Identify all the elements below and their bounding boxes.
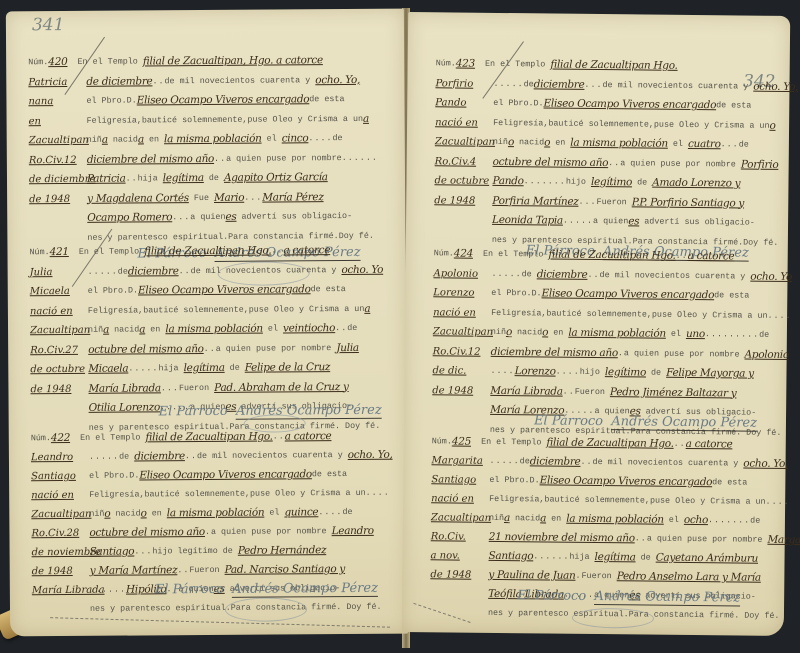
handwritten-text: Eliseo Ocampo Viveros encargado	[139, 465, 312, 485]
handwritten-text: ocho. Yo	[750, 267, 792, 287]
handwritten-text: o	[104, 505, 110, 524]
handwritten-text: Apolonio	[744, 345, 789, 365]
handwritten-text: ocho. Yo,	[743, 455, 788, 474]
handwritten-text: es	[225, 208, 236, 228]
handwritten-text: Pad. Narciso Santiago y	[224, 560, 345, 580]
typed-text: niñ	[493, 133, 508, 153]
margin-note: en	[29, 111, 87, 131]
margin-note: nació en	[433, 303, 491, 323]
handwritten-text: Otilia Lorenzo	[89, 398, 161, 418]
handwritten-text: diciembre del mismo año	[491, 342, 618, 363]
handwritten-text: filial de Zacualtipan, Hgo. a catorce	[143, 51, 323, 72]
typed-text: a quien	[593, 212, 628, 232]
typed-text: Fueron	[596, 192, 626, 212]
handwritten-text: a catorce	[283, 241, 330, 261]
typed-text: de	[119, 448, 129, 467]
entry-number: 422	[51, 429, 70, 448]
handwritten-text: Pedro Anselmo Lara y María	[617, 567, 761, 588]
margin-note: Zacualtipan	[433, 322, 491, 342]
typed-text: en	[149, 130, 159, 150]
handwritten-text: Mario	[214, 188, 244, 208]
handwritten-text: Amado Lorenzo y	[652, 174, 740, 194]
page-edge-line	[50, 617, 390, 627]
typed-text: de	[739, 135, 749, 155]
handwritten-text: a	[138, 130, 144, 150]
handwritten-text: a	[139, 320, 145, 340]
typed-text: el	[669, 511, 679, 530]
handwritten-text: Eliseo Ocampo Viveros encargado	[540, 471, 713, 492]
entry-number: 424	[454, 245, 473, 265]
handwritten-text: veintiocho	[283, 319, 335, 339]
typed-text: de	[750, 512, 760, 531]
margin-note: Zacualtipan	[431, 508, 489, 528]
typed-text: de	[641, 548, 651, 567]
typed-text: hija	[569, 548, 589, 567]
handwritten-text: o	[542, 323, 548, 343]
typed-text: Feligresía,bauticé solemnemente,puse Ole…	[87, 109, 364, 130]
typed-text: de mil novecientos cuarenta y	[592, 453, 738, 474]
margin-note: Pando	[435, 93, 493, 113]
register-entry: Núm.420 En el Templo filial de Zacualtip…	[28, 51, 391, 249]
handwritten-text: o	[508, 133, 514, 153]
margin-note: Ro.Civ.12	[433, 342, 491, 362]
margin-note: Margarita	[431, 451, 489, 471]
num-label: Núm.	[29, 243, 49, 263]
handwritten-text: P.P. Porfirio Santiago y	[632, 193, 745, 214]
handwritten-text: a catorce	[285, 427, 332, 446]
open-register-book: 341 Núm.420 En el Templo filial de Zacua…	[0, 0, 800, 653]
handwritten-text: Pedro Hernández	[238, 541, 326, 561]
typed-text: el Pbro.D.	[88, 281, 138, 301]
handwritten-text: Julia	[336, 338, 359, 358]
handwritten-text: cuatro	[688, 135, 721, 155]
typed-text: en	[152, 504, 162, 523]
typed-text: En el Templo	[485, 55, 546, 75]
handwritten-text: la misma población	[568, 324, 666, 345]
handwritten-text: octubre del mismo año	[89, 523, 205, 543]
margin-note: nació en	[30, 301, 88, 321]
typed-text: de esta	[312, 465, 347, 484]
typed-text: a quien	[190, 208, 225, 228]
margin-note: Julia	[30, 262, 88, 282]
typed-text: advertí sus obligacio-	[644, 213, 755, 234]
typed-text: de	[342, 503, 352, 522]
handwritten-text: a catorce	[686, 435, 733, 454]
handwritten-text: diciembre del mismo año	[87, 149, 214, 169]
typed-text: el Pbro.D.	[489, 471, 539, 491]
handwritten-text: Pedro Jiménez Baltazar y	[610, 383, 737, 404]
margin-note: Zacualtipan	[30, 321, 88, 341]
typed-text: En el Templo	[80, 428, 140, 447]
margin-note: Santiago	[31, 467, 89, 486]
handwritten-text: diciembre	[128, 262, 179, 282]
handwritten-text: legítima	[184, 359, 225, 379]
handwritten-text: o	[506, 323, 512, 343]
handwritten-text: Micaela	[88, 360, 128, 380]
typed-text: el Pbro.D.	[493, 94, 543, 114]
typed-text: Fueron	[575, 382, 605, 402]
margin-note: a nov.	[430, 546, 488, 566]
right-page: 342 Núm.423 En el Templo filial de Zacua…	[402, 12, 790, 636]
margin-note: de 1948	[30, 379, 88, 399]
typed-text: nacid	[115, 504, 140, 523]
typed-text: el Pbro.D.	[491, 284, 541, 304]
handwritten-text: Porfirio	[741, 155, 779, 175]
typed-text: en	[551, 510, 561, 529]
typed-text: nacid	[515, 509, 540, 528]
handwritten-text: legítimo	[591, 173, 632, 193]
typed-text: de mil novecientos cuarenta y	[191, 261, 337, 282]
handwritten-text: cinco	[282, 129, 309, 149]
typed-text: a quien puse por nombre	[216, 339, 332, 359]
typed-text: de	[223, 542, 233, 561]
margin-note: Lorenzo	[433, 283, 491, 303]
typed-text: en	[150, 320, 160, 340]
typed-text: en	[553, 324, 563, 344]
handwritten-text: ocho. Yo,	[753, 77, 798, 97]
typed-text: nacid	[517, 323, 542, 343]
typed-text: Fueron	[581, 567, 611, 586]
handwritten-text: diciembre	[537, 265, 588, 285]
typed-text: En el Templo	[481, 433, 542, 453]
typed-text: en	[555, 134, 565, 154]
handwritten-text: Cayetano Arámburu	[656, 549, 759, 569]
handwritten-text: de diciembre	[86, 72, 152, 92]
margin-note: de diciembre	[29, 170, 87, 190]
margin-note: de 1948	[32, 562, 90, 581]
margin-note: de dic.	[432, 361, 490, 381]
handwritten-text: María Librada	[490, 381, 563, 401]
typed-text: de esta	[712, 473, 747, 492]
typed-text: hija	[158, 359, 178, 379]
entry-number: 425	[452, 432, 471, 451]
handwritten-text: filial de Zacualtipan Hgo.	[548, 245, 675, 266]
entry-number: 423	[456, 55, 475, 75]
signature-flourish	[572, 608, 654, 629]
handwritten-text: Porfiria Martínez	[492, 191, 578, 211]
handwritten-text: diciembre	[534, 75, 585, 95]
typed-text: de mil novecientos cuarenta y	[164, 71, 310, 92]
typed-text: de	[524, 75, 534, 95]
typed-text: a quien puse por nombre	[647, 530, 763, 550]
priest-signature: El Párroco Andrés Ocampo Pérez	[517, 588, 740, 606]
num-label: Núm.	[28, 53, 48, 73]
margin-note: Porfirio	[435, 74, 493, 94]
typed-text: Fueron	[179, 378, 209, 398]
typed-text: En el Templo	[483, 245, 544, 265]
handwritten-text: filial de Zacualtipan Hgo.	[550, 56, 677, 77]
handwritten-text: 21 noviembre del mismo año	[489, 528, 635, 549]
typed-text: de	[651, 364, 661, 384]
typed-text: nacid	[114, 320, 139, 340]
margin-note: Ro.Civ.12	[29, 150, 87, 170]
handwritten-text: Eliseo Ocampo Viveros encargado	[138, 280, 311, 301]
folio-number: 341	[32, 15, 65, 35]
margin-note: Ro.Civ.	[431, 527, 489, 547]
handwritten-text: Eliseo Ocampo Viveros encargado	[543, 94, 716, 115]
typed-text: de mil novecientos cuarenta y	[602, 76, 748, 97]
margin-note: Ro.Civ.28	[31, 524, 89, 543]
handwritten-text: Ocampo Romero	[87, 208, 172, 228]
typed-text: Fueron	[189, 561, 219, 580]
handwritten-text: a	[363, 109, 369, 129]
handwritten-text: y Paulina de Juan	[488, 566, 575, 586]
handwritten-text: o	[769, 116, 775, 136]
typed-text: nacid	[519, 133, 544, 153]
typed-text: de esta	[716, 96, 751, 116]
handwritten-text: ocho. Yo	[341, 260, 383, 280]
typed-text: el	[671, 325, 681, 345]
handwritten-text: a	[540, 509, 546, 528]
signature-title: El Párroco	[159, 404, 228, 419]
handwritten-text: María Pérez	[262, 188, 323, 208]
handwritten-text: y Magdalena Cortés	[87, 189, 189, 209]
typed-text: Feligresía,bauticé solemnemente,puse Ole…	[88, 299, 365, 320]
handwritten-text: Santiago	[90, 543, 135, 562]
handwritten-text: Leonida Tapia	[492, 211, 563, 231]
typed-text: niñ	[87, 131, 102, 151]
typed-text: advertí sus obligacio-	[241, 207, 352, 227]
typed-text: de	[637, 173, 647, 193]
typed-text: de	[759, 326, 769, 346]
handwritten-text: Felipe Mayorga y	[666, 364, 754, 384]
num-label: Núm.	[31, 429, 51, 448]
num-label: Núm.	[434, 244, 454, 264]
margin-note: Ro.Civ.27	[30, 340, 88, 360]
signature-name: Andrés Ocampo Pérez	[611, 414, 757, 432]
margin-note: Patricia	[28, 72, 86, 92]
signature-flourish	[225, 597, 307, 622]
handwritten-text: a	[364, 299, 370, 319]
handwritten-text: la misma población	[566, 510, 664, 530]
margin-note: de octubre	[434, 171, 492, 191]
typed-text: el	[267, 130, 277, 150]
handwritten-text: ocho. Yo,	[348, 446, 393, 465]
margin-note: Zacualtipan	[29, 131, 87, 151]
typed-text: hija	[138, 169, 158, 189]
signature-title: El Párroco	[155, 582, 224, 597]
handwritten-text: Leandro	[332, 522, 374, 541]
priest-signature: El Párroco Andrés Ocampo Pérez	[155, 581, 378, 599]
margin-note: de 1948	[430, 565, 488, 585]
typed-text: el	[269, 503, 279, 522]
handwritten-text: quince	[284, 503, 318, 522]
typed-text: de esta	[311, 280, 346, 300]
handwritten-text: Patricia	[87, 170, 126, 190]
handwritten-text: Lorenzo	[515, 362, 556, 382]
typed-text: de	[118, 262, 128, 282]
handwritten-text: diciembre	[134, 447, 185, 466]
typed-text: En el Templo	[77, 52, 137, 72]
handwritten-text: Santiago	[488, 547, 533, 566]
handwritten-text: a	[102, 131, 108, 151]
margin-note: Zacualtipan	[31, 505, 89, 524]
handwritten-text: legítimo	[605, 363, 646, 383]
handwritten-text: la misma población	[570, 134, 668, 155]
handwritten-text: es	[628, 212, 639, 232]
handwritten-text: filial de Zacualtipan Hgo.	[546, 433, 673, 453]
margin-note: nació en	[435, 113, 493, 133]
typed-text: el Pbro.D.	[89, 466, 139, 485]
typed-text: el Pbro.D.	[86, 91, 136, 111]
typed-text: de	[332, 129, 342, 149]
typed-text: el	[268, 320, 278, 340]
typed-text: de	[520, 452, 530, 471]
typed-text: de mil novecientos cuarenta y	[599, 266, 745, 287]
handwritten-text: la misma población	[165, 320, 263, 340]
handwritten-text: diciembre	[530, 452, 581, 472]
handwritten-text: legítima	[594, 548, 635, 567]
typed-text: nacid	[113, 130, 138, 150]
typed-text: de esta	[714, 286, 749, 306]
margin-note: María Librada	[32, 581, 90, 600]
handwritten-text: ocho. Yo,	[315, 70, 360, 90]
typed-text: a quien puse por nombre	[226, 149, 342, 169]
handwritten-text: o	[141, 504, 147, 523]
margin-note: Leandro	[31, 448, 89, 467]
handwritten-text: a catorce	[688, 247, 735, 267]
handwritten-text: Felipe de la Cruz	[245, 358, 331, 378]
handwritten-text: Eliseo Ocampo Viveros encargado	[541, 284, 714, 305]
margin-note: Micaela	[30, 282, 88, 302]
handwritten-text: a	[103, 321, 109, 341]
typed-text: En el Templo	[79, 242, 139, 262]
handwritten-text: la misma población	[164, 130, 262, 150]
typed-text: de	[230, 359, 240, 379]
margin-note: de noviembre	[32, 543, 90, 562]
typed-text: de	[347, 319, 357, 339]
margin-note: de 1948	[432, 381, 490, 401]
typed-text: Feligresía,bauticé solemnemente,puse Ole…	[89, 484, 366, 505]
handwritten-text: legítima	[163, 169, 204, 189]
handwritten-text: octubre del mismo año	[493, 152, 609, 173]
margin-note: nació en	[431, 489, 489, 509]
margin-note: Santiago	[431, 470, 489, 490]
margin-note: nana	[28, 92, 86, 112]
typed-text: hijo legítimo	[152, 542, 217, 561]
handwritten-text: octubre del mismo año	[88, 340, 204, 360]
handwritten-text: filial de Zacualtipan Hgo.	[144, 242, 271, 262]
handwritten-text: Margarita	[767, 531, 800, 551]
signature-title: El Párroco	[517, 588, 586, 604]
priest-signature: El Párroco Andrés Ocampo Pérez	[534, 413, 757, 431]
typed-text: el	[673, 135, 683, 155]
handwritten-text: y María Martínez	[90, 561, 178, 581]
margin-note: de 1948	[434, 191, 492, 211]
typed-text: de mil novecientos cuarenta y	[197, 446, 343, 466]
handwritten-text: María Librada	[88, 379, 161, 399]
typed-text: a quien puse por nombre	[624, 344, 740, 365]
register-entry: Núm.424 En el Templo filial de Zacualtip…	[432, 244, 779, 443]
typed-text: de	[522, 265, 532, 285]
handwritten-text: o	[544, 133, 550, 153]
typed-text: hijo	[566, 173, 586, 193]
num-label: Núm.	[436, 54, 456, 74]
entry-number: 420	[48, 53, 67, 73]
signature-name: Andrés Ocampo Pérez	[232, 581, 378, 598]
margin-note: nació en	[31, 486, 89, 505]
signature-name: Andrés Ocampo Pérez	[594, 589, 740, 607]
register-entry: Núm.423 En el Templo filial de Zacualtip…	[434, 54, 781, 253]
margin-note: Apolonio	[433, 264, 491, 284]
handwritten-text: uno	[686, 325, 705, 345]
num-label: Núm.	[432, 432, 452, 451]
typed-text: niñ	[491, 323, 506, 343]
handwritten-text: ocho	[684, 511, 708, 530]
typed-text: hijo	[580, 363, 600, 383]
entry-number: 421	[50, 243, 69, 263]
handwritten-text: Agapito Ortiz García	[224, 168, 328, 188]
typed-text: de esta	[309, 90, 344, 110]
typed-text: Fue	[194, 188, 209, 208]
handwritten-text: a	[504, 509, 510, 528]
typed-text: niñ	[489, 509, 504, 528]
handwritten-text: Eliseo Ocampo Viveros encargado	[137, 90, 310, 111]
margin-note: de 1948	[29, 189, 87, 209]
margin-note: Ro.Civ.4	[435, 152, 493, 172]
handwritten-text: Pando	[492, 172, 523, 192]
handwritten-text: la misma población	[167, 504, 265, 524]
handwritten-text: filial de Zacualtipan Hgo.	[145, 428, 272, 448]
typed-text: de	[209, 169, 219, 189]
signature-title: El Párroco	[534, 413, 603, 429]
typed-text: niñ	[88, 321, 103, 341]
typed-text: niñ	[89, 505, 104, 524]
typed-text: a quien puse por nombre	[620, 154, 736, 175]
margin-note: de octubre	[30, 360, 88, 380]
typed-text: a quien puse por nombre	[211, 522, 327, 542]
handwritten-text: Pad. Abraham de la Cruz y	[214, 378, 349, 398]
margin-note: Zacualtipan	[435, 132, 493, 152]
left-page: 341 Núm.420 En el Templo filial de Zacua…	[6, 9, 408, 637]
